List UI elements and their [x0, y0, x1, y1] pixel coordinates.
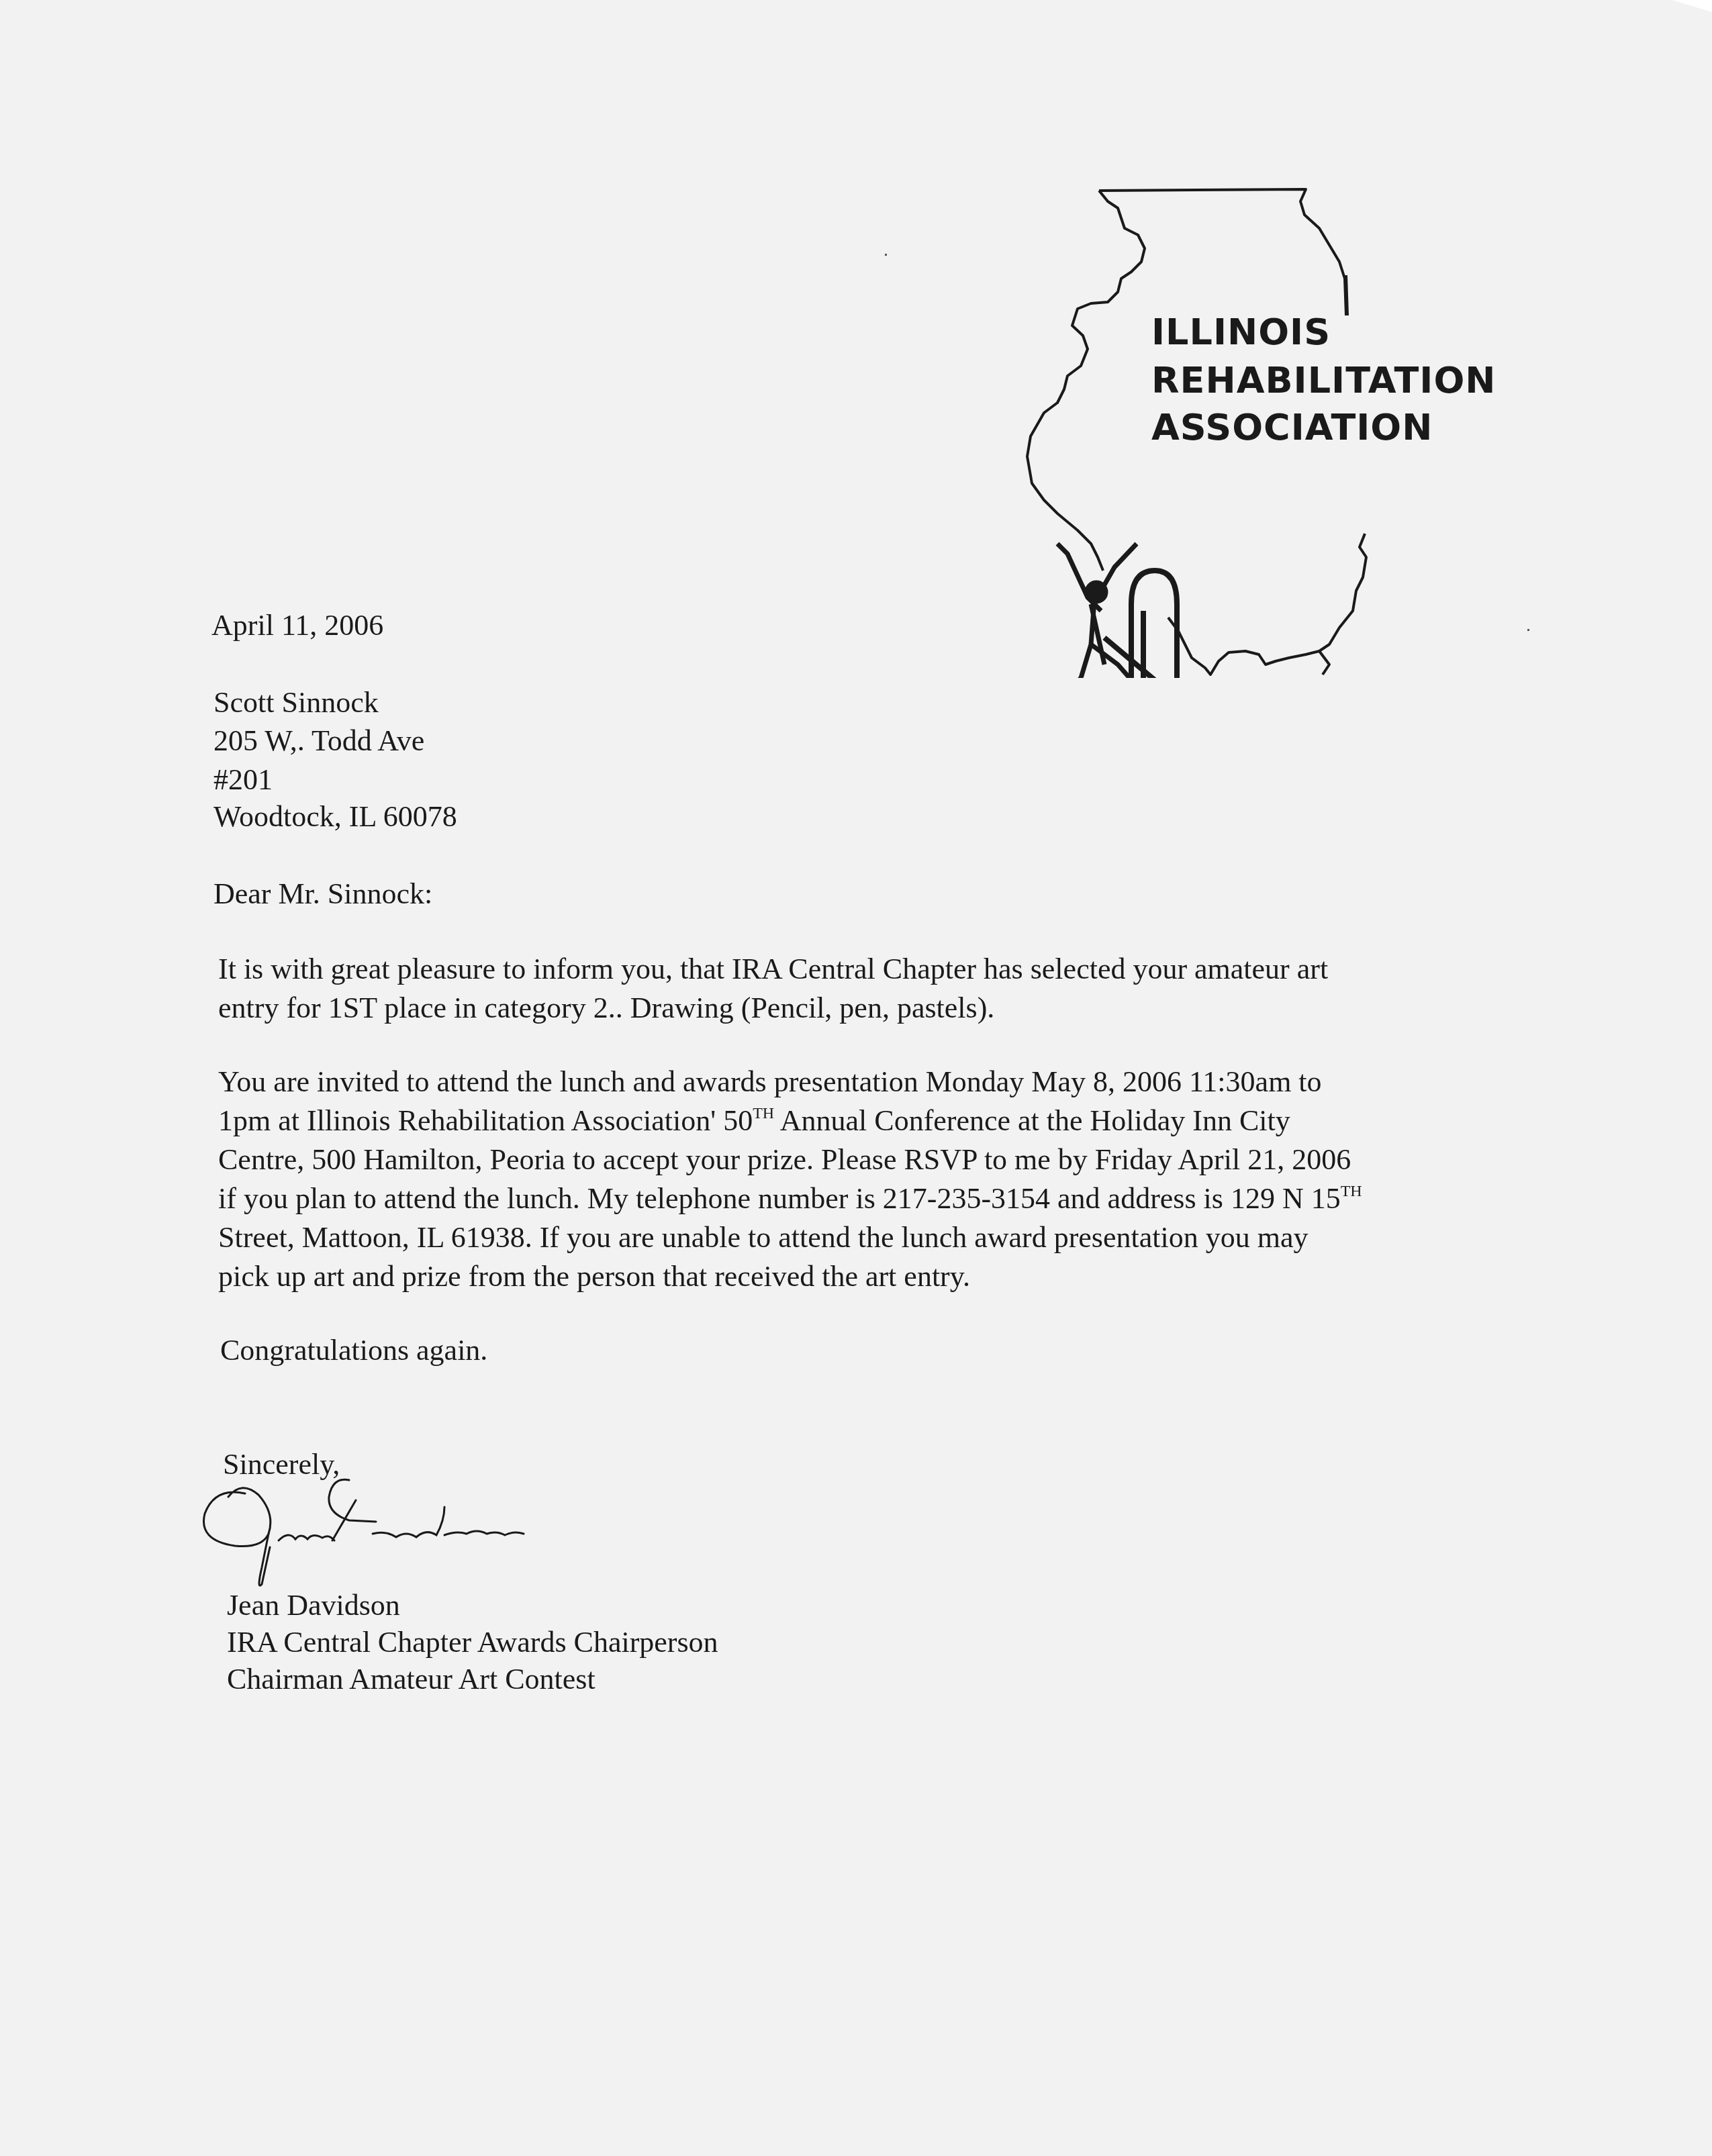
- letter-date: April 11, 2006: [211, 611, 383, 640]
- recipient-unit: #201: [213, 765, 273, 795]
- text-segment: if you plan to attend the lunch. My tele…: [218, 1182, 1341, 1215]
- signer-name: Jean Davidson: [227, 1591, 400, 1620]
- signer-title: IRA Central Chapter Awards Chairperson: [227, 1628, 718, 1657]
- paragraph-line: Centre, 500 Hamilton, Peoria to accept y…: [218, 1145, 1351, 1175]
- salutation: Dear Mr. Sinnock:: [213, 879, 432, 909]
- paragraph-line: You are invited to attend the lunch and …: [218, 1067, 1322, 1097]
- org-name-line2: REHABILITATION: [1151, 359, 1496, 401]
- recipient-street: 205 W,. Todd Ave: [213, 726, 424, 756]
- page-corner: [1672, 0, 1712, 12]
- signer-title-secondary: Chairman Amateur Art Contest: [227, 1665, 596, 1694]
- paragraph-line: if you plan to attend the lunch. My tele…: [218, 1184, 1362, 1214]
- ordinal-suffix: TH: [753, 1105, 774, 1122]
- text-segment: Annual Conference at the Holiday Inn Cit…: [774, 1104, 1290, 1137]
- paragraph-line: Street, Mattoon, IL 61938. If you are un…: [218, 1223, 1308, 1253]
- paragraph-line: 1pm at Illinois Rehabilitation Associati…: [218, 1106, 1290, 1136]
- recipient-name: Scott Sinnock: [213, 688, 379, 718]
- org-name-line1: ILLINOIS: [1151, 311, 1331, 353]
- paragraph-line: entry for 1ST place in category 2.. Draw…: [218, 993, 994, 1023]
- handwritten-signature-icon: [195, 1467, 692, 1594]
- paragraph-line: pick up art and prize from the person th…: [218, 1262, 970, 1291]
- scan-speck: [1527, 629, 1529, 631]
- paragraph-line: It is with great pleasure to inform you,…: [218, 954, 1328, 984]
- scan-speck: [885, 254, 887, 256]
- ordinal-suffix: TH: [1341, 1183, 1362, 1200]
- org-name-line3: ASSOCIATION: [1151, 406, 1433, 448]
- closing-remark: Congratulations again.: [220, 1336, 487, 1365]
- signature: [195, 1467, 692, 1594]
- letter-page: ILLINOIS REHABILITATION ASSOCIATION Apri…: [0, 0, 1712, 2156]
- text-segment: 1pm at Illinois Rehabilitation Associati…: [218, 1104, 753, 1137]
- recipient-city-state-zip: Woodtock, IL 60078: [213, 802, 457, 832]
